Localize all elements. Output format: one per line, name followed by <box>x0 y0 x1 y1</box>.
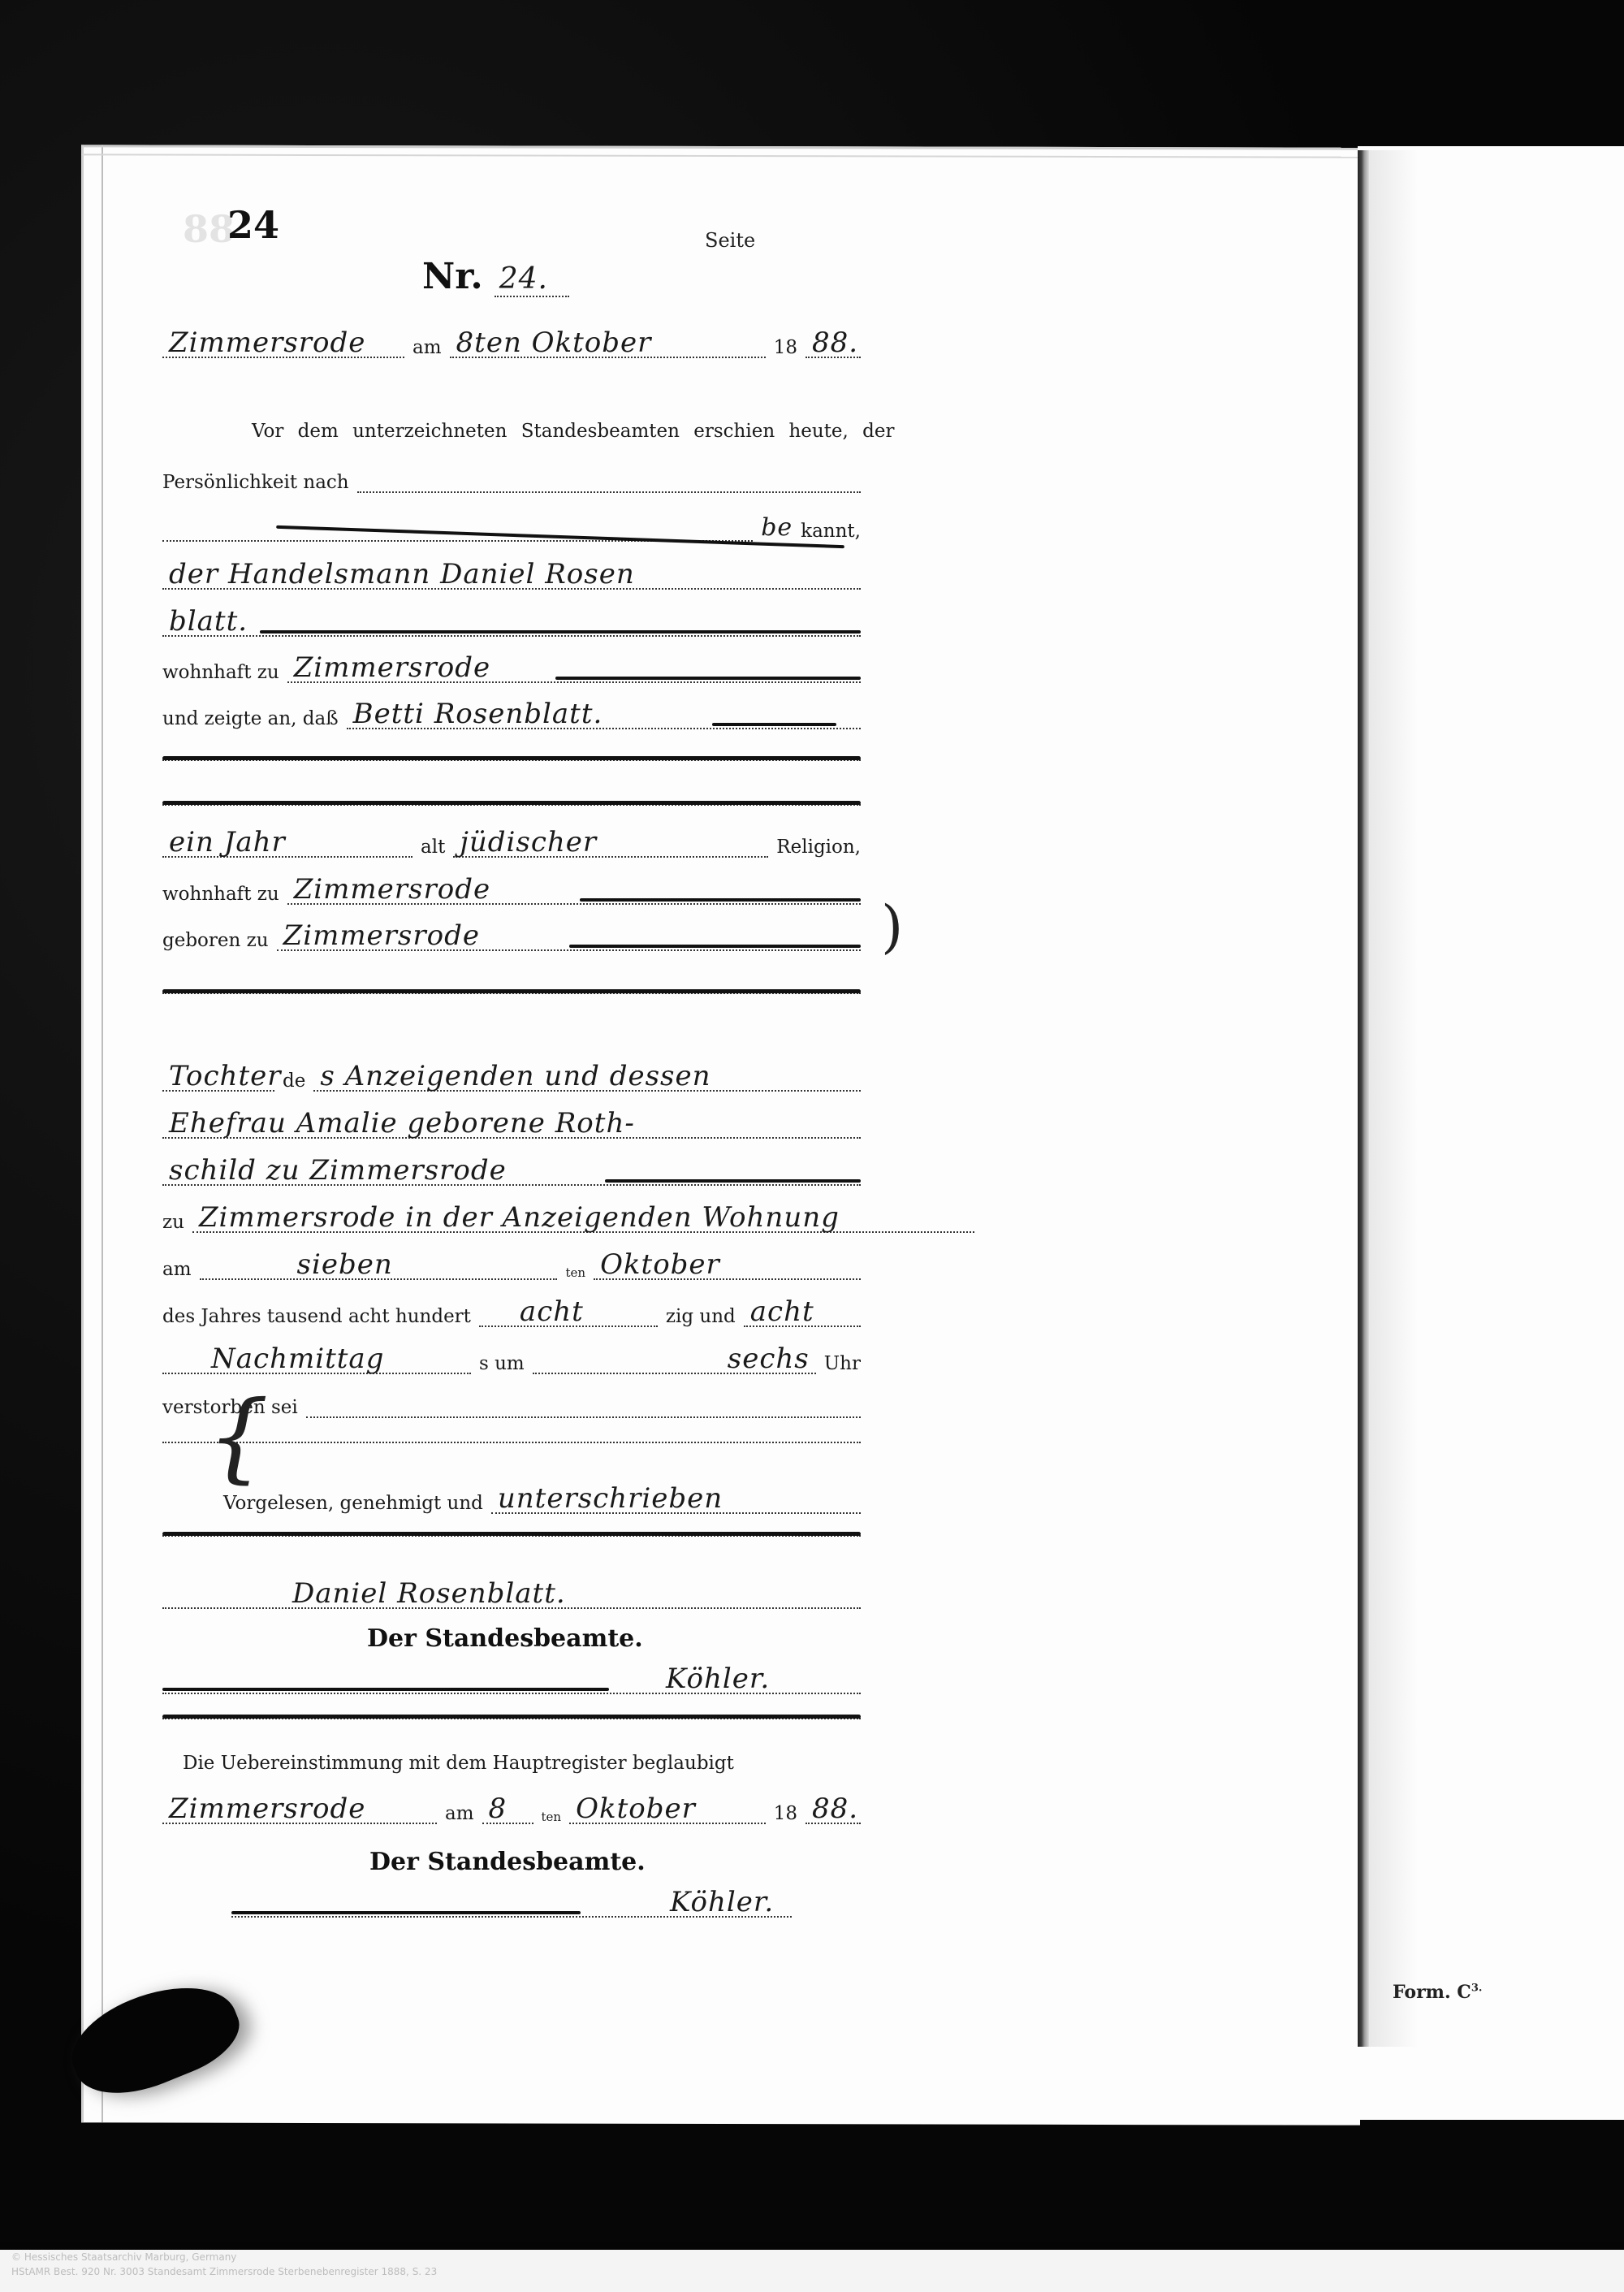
brace-mark-large: { <box>207 1381 269 1494</box>
certification-line: Die Uebereinstimmung mit dem Hauptregist… <box>183 1753 881 1774</box>
record-number-value: 24. <box>495 262 569 297</box>
informant-signature-line: Daniel Rosenblatt. <box>162 1580 861 1609</box>
cert-year-field: 88. <box>806 1795 861 1824</box>
fill-stroke <box>162 756 861 760</box>
certification-text: Die Uebereinstimmung mit dem Hauptregist… <box>183 1753 734 1774</box>
deceased-residence-field: Zimmersrode <box>287 876 861 905</box>
fill-stroke <box>162 989 861 993</box>
form-code: C <box>1457 1982 1471 2003</box>
parents-part-3: schild zu Zimmersrode <box>169 1154 507 1187</box>
page-border-top <box>81 145 1360 158</box>
wohnhaft-label: wohnhaft zu <box>162 662 279 683</box>
birthplace-field: Zimmersrode <box>277 922 861 951</box>
religion-field: jüdischer <box>453 828 768 858</box>
fill-stroke <box>712 723 836 726</box>
vorgelesen-field: unterschrieben <box>491 1485 861 1514</box>
deceased-name-field: Betti Rosenblatt. <box>347 700 861 729</box>
vorgelesen-label: Vorgelesen, genehmigt und <box>223 1493 483 1514</box>
blank-line-2 <box>162 804 861 806</box>
year-prefix: 18 <box>774 337 797 358</box>
death-day-field: sieben <box>200 1251 558 1280</box>
cert-month-field: Oktober <box>569 1795 766 1824</box>
parents-field-1: s Anzeigenden und dessen <box>313 1062 861 1092</box>
form-code-label: Form. C3. <box>1393 1982 1482 2003</box>
death-time-line: Nachmittag s um sechs Uhr <box>162 1345 861 1374</box>
hour-field: sechs <box>533 1345 816 1374</box>
alt-label: alt <box>421 837 445 858</box>
intro-line: Vor dem unterzeichneten Standesbeamten e… <box>252 421 861 442</box>
death-year-line: des Jahres tausend acht hundert acht zig… <box>162 1298 861 1327</box>
verstorben-field <box>306 1392 861 1418</box>
cert-signature-line: Köhler. <box>231 1888 792 1918</box>
death-month-field: Oktober <box>594 1251 861 1280</box>
religion-label: Religion, <box>776 837 861 858</box>
cert-place-field: Zimmersrode <box>162 1795 437 1824</box>
blank-line-6 <box>162 1718 861 1719</box>
zig-und-label: zig und <box>666 1306 736 1327</box>
fill-stroke <box>555 677 861 680</box>
deceased-name-line: und zeigte an, daß Betti Rosenblatt. <box>162 700 861 729</box>
deceased-name: Betti Rosenblatt. <box>353 698 603 730</box>
informant-name-field-1: der Handelsmann Daniel Rosen <box>162 560 861 590</box>
bekannt-prefix: be <box>761 513 793 542</box>
death-date-line: am sieben ten Oktober <box>162 1251 861 1280</box>
death-am-label: am <box>162 1259 192 1280</box>
gutter-shadow <box>1369 150 1418 2047</box>
s-um-label: s um <box>479 1353 525 1374</box>
informant-residence-line: wohnhaft zu Zimmersrode <box>162 654 861 683</box>
age-religion-line: ein Jahr alt jüdischer Religion, <box>162 828 861 858</box>
informant-residence: Zimmersrode <box>294 651 490 684</box>
bekannt-line: be kannt, <box>162 513 861 542</box>
standesbeamte-title: Der Standesbeamte. <box>367 1624 643 1653</box>
fill-stroke <box>162 1688 609 1691</box>
informant-signature: Daniel Rosenblatt. <box>162 1580 861 1609</box>
fill-stroke <box>569 945 861 948</box>
cert-day-field: 8 <box>482 1795 533 1824</box>
personlichkeit-line: Persönlichkeit nach <box>162 467 861 493</box>
cert-signature: Köhler. <box>231 1888 792 1918</box>
informant-line-2: blatt. <box>162 608 861 637</box>
fill-stroke <box>580 898 861 902</box>
birthplace: Zimmersrode <box>283 919 480 952</box>
header-place-field: Zimmersrode <box>162 329 404 358</box>
parents-line-1: Tochter de s Anzeigenden und dessen <box>162 1062 861 1092</box>
blank-line-3 <box>162 992 861 994</box>
relation-field: Tochter <box>162 1062 274 1092</box>
age-field: ein Jahr <box>162 828 412 858</box>
registrar-signature: Köhler. <box>162 1665 861 1694</box>
time-of-day-field: Nachmittag <box>162 1345 471 1374</box>
fill-stroke <box>162 1715 861 1719</box>
book-gutter <box>1358 150 1369 2047</box>
am-label: am <box>412 337 442 358</box>
informant-line-1: der Handelsmann Daniel Rosen <box>162 560 861 590</box>
ten-label: ten <box>565 1265 585 1280</box>
archive-footer: © Hessisches Staatsarchiv Marburg, Germa… <box>0 2250 1624 2292</box>
death-place-line: zu Zimmersrode in der Anzeigenden Wohnun… <box>162 1204 974 1233</box>
vorgelesen-line: Vorgelesen, genehmigt und unterschrieben <box>223 1485 861 1514</box>
bekannt-strike-field <box>162 516 753 542</box>
cert-ten-label: ten <box>542 1810 562 1824</box>
page-border <box>81 145 103 2122</box>
form-label-text: Form. <box>1393 1982 1451 2003</box>
header-date-line: Zimmersrode am 8ten Oktober 18 88. <box>162 329 861 358</box>
parents-field-2: Ehefrau Amalie geborene Roth- <box>162 1109 861 1139</box>
deceased-residence: Zimmersrode <box>294 873 490 906</box>
fill-stroke <box>605 1179 861 1183</box>
uhr-label: Uhr <box>824 1353 861 1374</box>
cert-standesbeamte-title: Der Standesbeamte. <box>369 1848 646 1876</box>
year-unit-field: acht <box>744 1298 861 1327</box>
informant-name-part-2: blatt. <box>169 605 248 638</box>
cert-signature-text: Köhler. <box>670 1886 774 1918</box>
de-label: de <box>283 1070 305 1092</box>
brace-mark: ) <box>881 893 903 960</box>
fill-stroke <box>162 1532 861 1536</box>
fill-stroke <box>260 630 861 634</box>
certification-date-line: Zimmersrode am 8 ten Oktober 18 88. <box>162 1795 861 1824</box>
fill-stroke <box>231 1911 581 1914</box>
informant-residence-field: Zimmersrode <box>287 654 861 683</box>
parents-line-3: schild zu Zimmersrode <box>162 1157 861 1186</box>
cert-year-prefix: 18 <box>774 1803 797 1824</box>
jahres-label: des Jahres tausend acht hundert <box>162 1306 471 1327</box>
seite-label: Seite <box>705 229 755 252</box>
geboren-label: geboren zu <box>162 930 269 951</box>
header-day-field: 8ten Oktober <box>450 329 766 358</box>
zeigte-an-label: und zeigte an, daß <box>162 708 339 729</box>
personlichkeit-field <box>357 467 861 493</box>
deceased-wohnhaft-label: wohnhaft zu <box>162 884 279 905</box>
archive-copyright: © Hessisches Staatsarchiv Marburg, Germa… <box>11 2250 1624 2264</box>
bekannt-suffix: kannt, <box>801 521 861 542</box>
header-year-field: 88. <box>806 329 861 358</box>
zu-label: zu <box>162 1212 184 1233</box>
record-number: Nr. 24. <box>422 256 569 297</box>
record-number-label: Nr. <box>422 256 483 297</box>
death-place-field: Zimmersrode in der Anzeigenden Wohnung <box>192 1204 974 1233</box>
fill-stroke <box>162 801 861 805</box>
registrar-signature-line: Köhler. <box>162 1665 861 1694</box>
personlichkeit-label: Persönlichkeit nach <box>162 472 349 493</box>
form-code-sup: 3. <box>1471 1983 1483 1995</box>
deceased-residence-line: wohnhaft zu Zimmersrode <box>162 876 861 905</box>
birthplace-line: geboren zu Zimmersrode <box>162 922 861 951</box>
archive-citation: HStAMR Best. 920 Nr. 3003 Standesamt Zim… <box>11 2264 1624 2279</box>
parents-line-2: Ehefrau Amalie geborene Roth- <box>162 1109 861 1139</box>
registrar-signature-text: Köhler. <box>666 1663 770 1695</box>
cert-am-label: am <box>445 1803 474 1824</box>
intro-text: Vor dem unterzeichneten Standesbeamten e… <box>252 421 895 442</box>
blank-line-1 <box>162 759 861 761</box>
informant-name-field-2: blatt. <box>162 608 861 637</box>
blank-line-5 <box>162 1535 861 1537</box>
decade-field: acht <box>479 1298 658 1327</box>
page-number: 24 <box>227 203 279 247</box>
parents-field-3: schild zu Zimmersrode <box>162 1157 861 1186</box>
